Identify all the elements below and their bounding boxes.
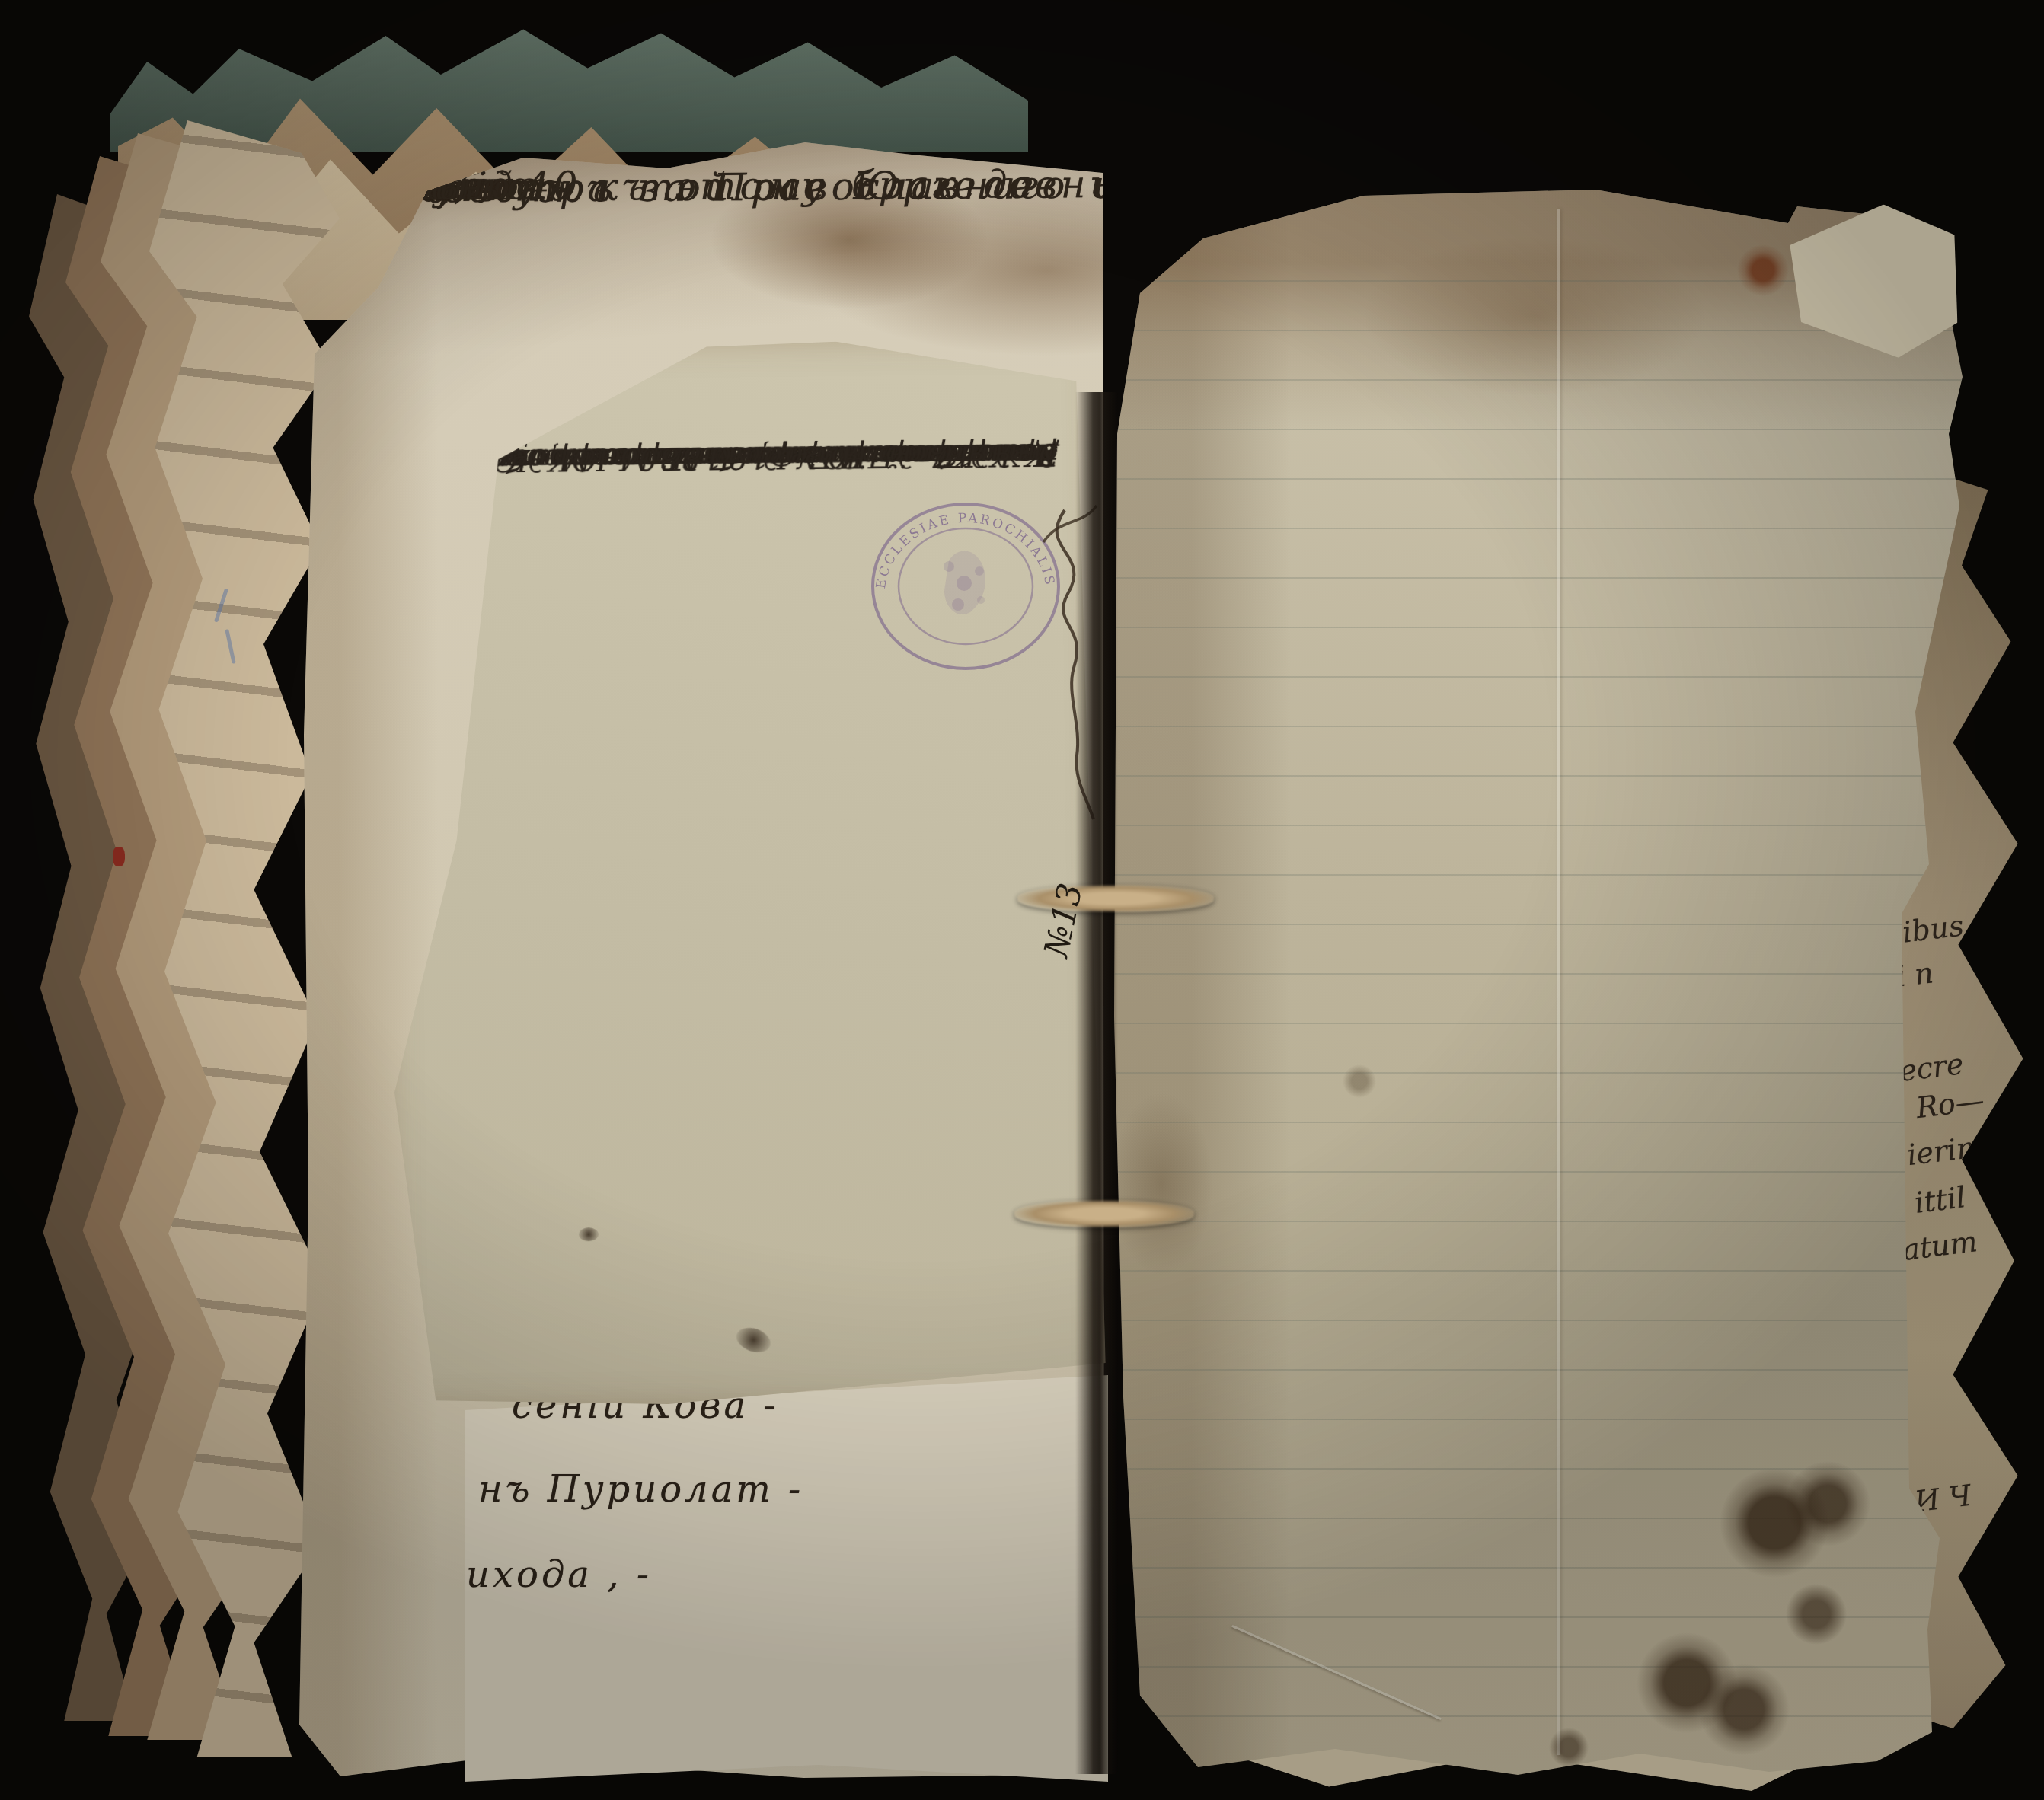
latin-fragment: ittil — [1913, 1180, 1968, 1220]
archival-file-photograph: что сестра той же Юргеловны выш ла за му… — [0, 0, 2044, 1800]
red-wax-fragment — [113, 847, 125, 866]
binding-gutter-shadow — [1075, 392, 1118, 1774]
handwritten-fragment: ихода , - — [466, 1553, 652, 1596]
right-blank-ruled-page — [1108, 179, 1965, 1782]
teal-cover-sheet — [110, 23, 1028, 152]
stamp-centre-emblem — [944, 551, 985, 614]
sewing-thread — [1014, 1200, 1194, 1227]
latin-fragment: Ro— — [1915, 1084, 1986, 1125]
margin-folio-note: №13 — [1042, 859, 1095, 981]
latin-fragment: ibus — [1901, 908, 1966, 949]
mould-stains — [1108, 179, 1965, 1782]
folio-number: №13 — [1037, 879, 1091, 960]
latin-fragment: ecre — [1898, 1047, 1966, 1088]
vertical-crease — [1557, 209, 1560, 1755]
latin-fragment: atum — [1901, 1224, 1979, 1267]
latin-fragment: ierin — [1905, 1131, 1977, 1173]
handwritten-fragment: нъ Пуриолат - — [478, 1468, 803, 1511]
upside-down-line: дня 17 юля года 1880 — [636, 427, 1059, 487]
